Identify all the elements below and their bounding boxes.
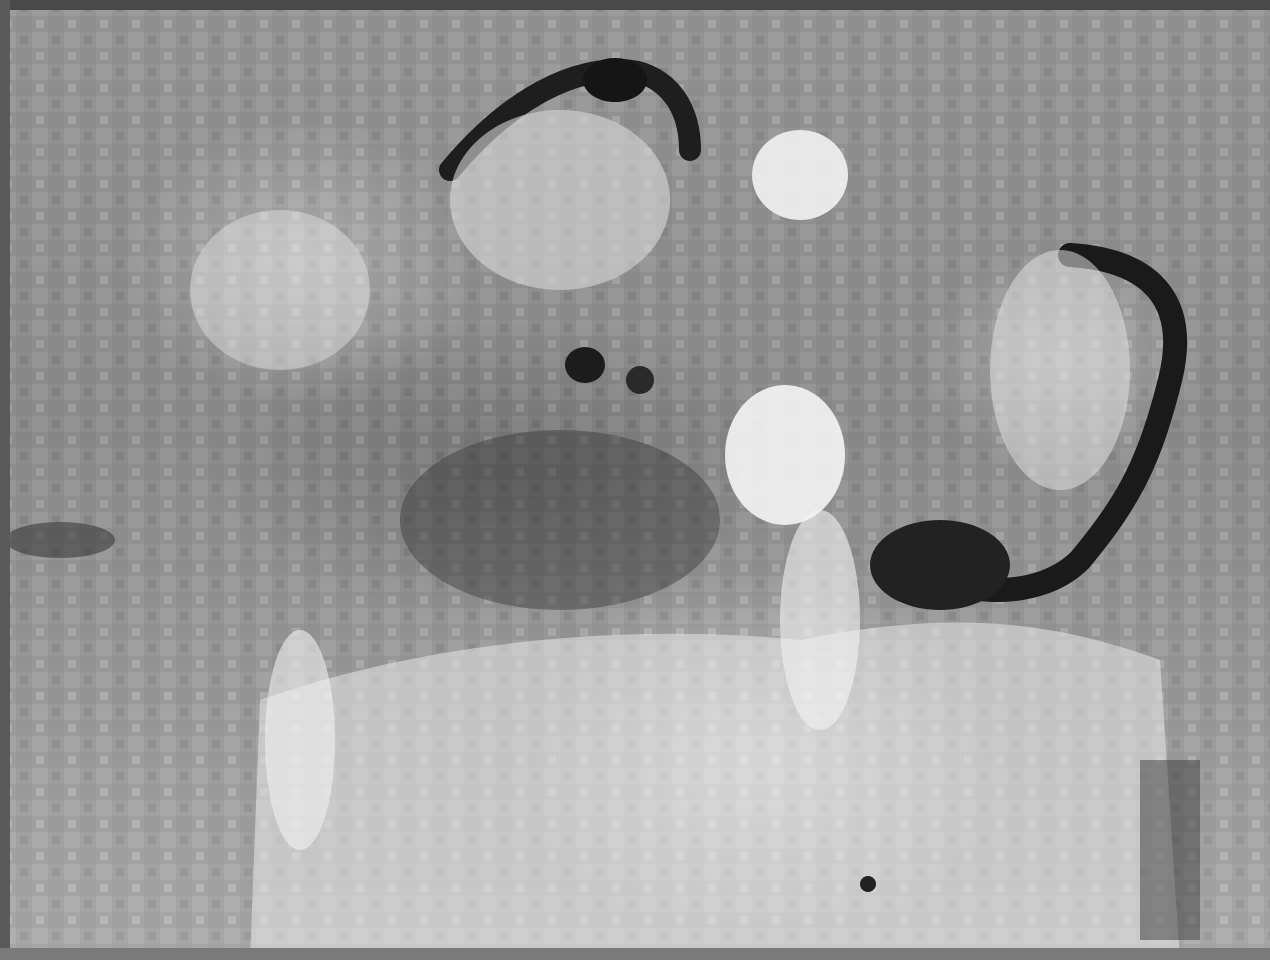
light-vertical-mid xyxy=(780,510,860,730)
bright-region-right xyxy=(990,250,1130,490)
dark-spot-center-1 xyxy=(565,347,605,383)
dark-spot-center-2 xyxy=(626,366,654,394)
dark-spot-top xyxy=(583,58,647,102)
photo-scene xyxy=(0,0,1270,960)
photo-frame xyxy=(0,0,1270,960)
dark-mass-right xyxy=(870,520,1010,610)
light-lower-region xyxy=(250,623,1180,960)
dark-texture-center xyxy=(400,430,720,610)
bright-region-left xyxy=(190,210,370,370)
border-top xyxy=(0,0,1270,10)
dark-streak-left xyxy=(5,522,115,558)
border-bottom xyxy=(0,948,1270,960)
bright-blob-center xyxy=(725,385,845,525)
bright-blob-upper xyxy=(752,130,848,220)
dark-dot xyxy=(860,876,876,892)
dark-specks-right xyxy=(1140,760,1200,940)
light-vertical-left xyxy=(265,630,335,850)
bright-arch-inner xyxy=(450,110,670,290)
border-left xyxy=(0,0,10,960)
